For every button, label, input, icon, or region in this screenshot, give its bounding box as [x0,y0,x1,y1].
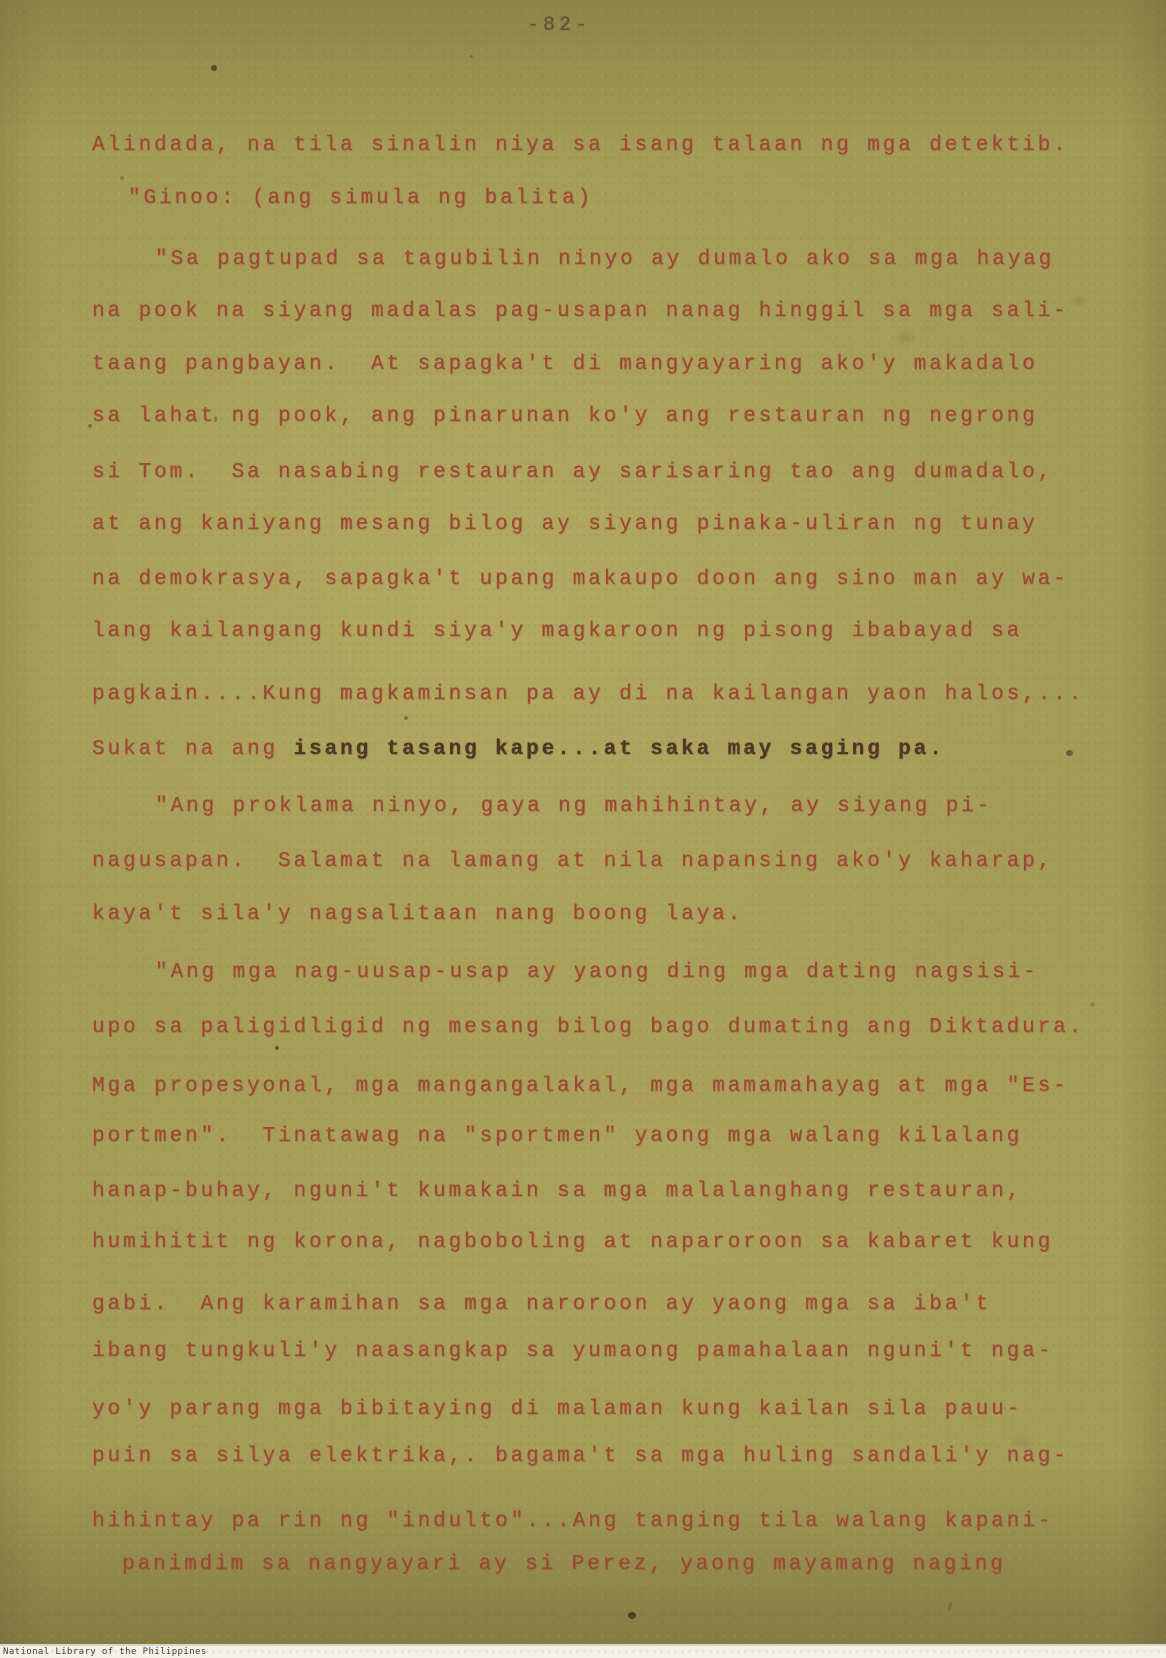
text-line: nagusapan. Salamat na lamang at nila nap… [92,850,1053,873]
text-line: "Sa pagtupad sa tagubilin ninyo ay dumal… [155,248,1054,271]
text-segment: Sukat na ang [92,738,294,761]
text-line: humihitit ng korona, nagboboling at napa… [92,1231,1053,1254]
text-line: upo sa paligidligid ng mesang bilog bago… [92,1016,1084,1039]
text-line: hihintay pa rin ng "indulto"...Ang tangi… [92,1510,1053,1533]
text-line: si Tom. Sa nasabing restauran ay sarisar… [92,461,1053,484]
text-line: panimdim sa nangyayari ay si Perez, yaon… [122,1553,1006,1576]
paper-speck [404,716,408,720]
text-line: hanap-buhay, nguni't kumakain sa mga mal… [92,1180,1022,1203]
paper-speck [1066,750,1073,756]
text-line: portmen". Tinatawag na "sportmen" yaong … [92,1125,1022,1148]
watermark-text: National Library of the Philippines [0,1646,1166,1657]
text-line: Alindada, na tila sinalin niya sa isang … [92,134,1069,157]
text-line: ibang tungkuli'y naasangkap sa yumaong p… [92,1340,1053,1363]
text-line: Sukat na ang isang tasang kape...at saka… [92,738,945,761]
text-line: at ang kaniyang mesang bilog ay siyang p… [92,513,1038,536]
text-line: Mga propesyonal, mga mangangalakal, mga … [92,1075,1069,1098]
text-line: "Ginoo: (ang simula ng balita) [128,187,593,210]
paper-speck [211,65,217,71]
scanned-page: -82- Alindada, na tila sinalin niya sa i… [0,0,1166,1658]
text-line: lang kailangang kundi siya'y magkaroon n… [92,620,1022,643]
text-line: "Ang proklama ninyo, gaya ng mahihintay,… [155,795,992,818]
text-line: puin sa silya elektrika,. bagama't sa mg… [92,1445,1069,1468]
watermark-bar: National Library of the Philippines [0,1644,1166,1658]
text-line: pagkain....Kung magkaminsan pa ay di na … [92,683,1084,706]
text-line: sa lahat ng pook, ang pinarunan ko'y ang… [92,405,1038,428]
text-segment-dark: isang tasang kape...at saka may saging p… [294,738,945,761]
paper-speck [120,176,124,180]
text-line: "Ang mga nag-uusap-usap ay yaong ding mg… [155,961,1039,984]
paper-speck [275,1046,279,1050]
paper-speck [628,1612,636,1619]
text-line: na pook na siyang madalas pag-usapan nan… [92,300,1069,323]
paper-speck [470,55,473,58]
text-line: taang pangbayan. At sapagka't di mangyay… [92,353,1038,376]
paper-speck [947,1602,954,1612]
page-number: -82- [527,14,591,37]
text-line: kaya't sila'y nagsalitaan nang boong lay… [92,903,743,926]
text-line: na demokrasya, sapagka't upang makaupo d… [92,568,1069,591]
text-line: yo'y parang mga bibitaying di malaman ku… [92,1398,1022,1421]
paper-speck [1090,1002,1095,1007]
text-line: gabi. Ang karamihan sa mga naroroon ay y… [92,1293,991,1316]
